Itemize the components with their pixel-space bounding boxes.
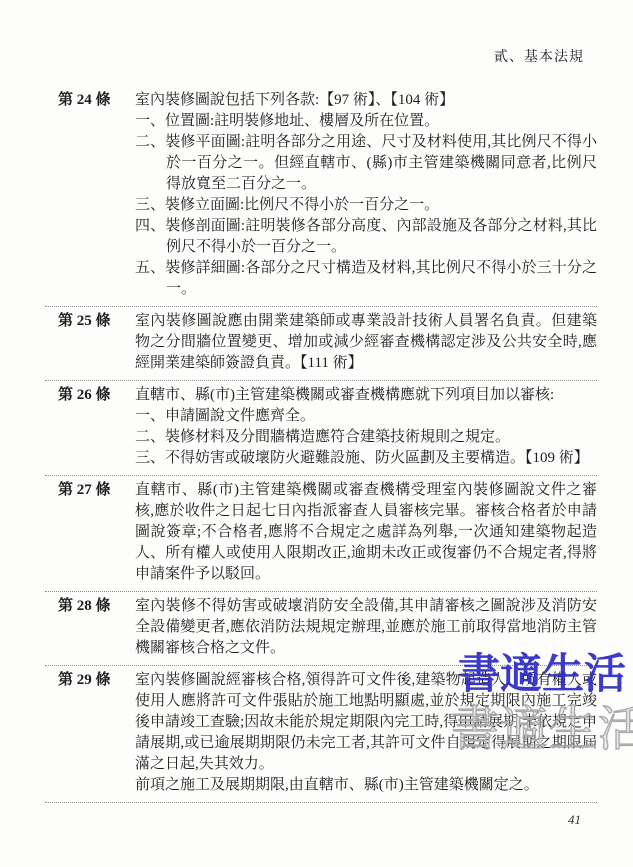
- document-page: 貳、基本法規 第 24 條室內裝修圖說包括下列各款:【97 術】、【104 術】…: [0, 0, 633, 867]
- article-number: 第 26 條: [45, 385, 135, 406]
- article-row: 第 29 條室內裝修圖說經審核合格,領得許可文件後,建築物起造人、所有權人或使用…: [45, 666, 597, 803]
- article-number: 第 29 條: [45, 670, 135, 691]
- article-paragraph: 室內裝修不得妨害或破壞消防安全設備,其申請審核之圖說涉及消防安全設備變更者,應依…: [135, 596, 597, 659]
- article-number: 第 28 條: [45, 596, 135, 617]
- article-list-item: 二、裝修平面圖:註明各部分之用途、尺寸及材料使用,其比例尺不得小於一百分之一。但…: [135, 132, 597, 195]
- article-row: 第 28 條室內裝修不得妨害或破壞消防安全設備,其申請審核之圖說涉及消防安全設備…: [45, 592, 597, 666]
- article-list-item: 五、裝修詳細圖:各部分之尺寸構造及材料,其比例尺不得小於三十分之一。: [135, 258, 597, 300]
- article-list-item: 三、不得妨害或破壞防火避難設施、防火區劃及主要構造。【109 術】: [135, 448, 597, 469]
- article-number: 第 27 條: [45, 480, 135, 501]
- article-paragraph: 室內裝修圖說包括下列各款:【97 術】、【104 術】: [135, 90, 597, 111]
- article-paragraph: 室內裝修圖說經審核合格,領得許可文件後,建築物起造人、所有權人或使用人應將許可文…: [135, 670, 597, 775]
- page-header: 貳、基本法規: [494, 46, 584, 66]
- article-body: 室內裝修圖說應由開業建築師或專業設計技術人員署名負責。但建築物之分間牆位置變更、…: [135, 311, 597, 374]
- page-footer: 41: [568, 812, 581, 828]
- article-paragraph: 直轄市、縣(市)主管建築機關或審查機構受理室內裝修圖說文件之審核,應於收件之日起…: [135, 480, 597, 585]
- article-body: 室內裝修不得妨害或破壞消防安全設備,其申請審核之圖說涉及消防安全設備變更者,應依…: [135, 596, 597, 659]
- article-paragraph: 室內裝修圖說應由開業建築師或專業設計技術人員署名負責。但建築物之分間牆位置變更、…: [135, 311, 597, 374]
- article-body: 室內裝修圖說經審核合格,領得許可文件後,建築物起造人、所有權人或使用人應將許可文…: [135, 670, 597, 796]
- article-body: 直轄市、縣(市)主管建築機關或審查機構應就下列項目加以審核:一、申請圖說文件應齊…: [135, 385, 597, 469]
- articles: 第 24 條室內裝修圖說包括下列各款:【97 術】、【104 術】一、位置圖:註…: [45, 86, 597, 803]
- article-body: 直轄市、縣(市)主管建築機關或審查機構受理室內裝修圖說文件之審核,應於收件之日起…: [135, 480, 597, 585]
- article-row: 第 25 條室內裝修圖說應由開業建築師或專業設計技術人員署名負責。但建築物之分間…: [45, 307, 597, 381]
- article-list-item: 三、裝修立面圖:比例尺不得小於一百分之一。: [135, 195, 597, 216]
- article-paragraph: 直轄市、縣(市)主管建築機關或審查機構應就下列項目加以審核:: [135, 385, 597, 406]
- article-number: 第 24 條: [45, 90, 135, 111]
- article-row: 第 24 條室內裝修圖說包括下列各款:【97 術】、【104 術】一、位置圖:註…: [45, 86, 597, 307]
- article-number: 第 25 條: [45, 311, 135, 332]
- article-list-item: 一、位置圖:註明裝修地址、樓層及所在位置。: [135, 111, 597, 132]
- article-row: 第 26 條直轄市、縣(市)主管建築機關或審查機構應就下列項目加以審核:一、申請…: [45, 381, 597, 476]
- article-list-item: 一、申請圖說文件應齊全。: [135, 406, 597, 427]
- article-body: 室內裝修圖說包括下列各款:【97 術】、【104 術】一、位置圖:註明裝修地址、…: [135, 90, 597, 300]
- page-number: 41: [568, 812, 581, 827]
- article-paragraph: 前項之施工及展期期限,由直轄市、縣(市)主管建築機關定之。: [135, 775, 597, 796]
- article-list-item: 四、裝修剖面圖:註明裝修各部分高度、內部設施及各部分之材料,其比例尺不得小於一百…: [135, 216, 597, 258]
- article-list-item: 二、裝修材料及分間牆構造應符合建築技術規則之規定。: [135, 427, 597, 448]
- article-row: 第 27 條直轄市、縣(市)主管建築機關或審查機構受理室內裝修圖說文件之審核,應…: [45, 476, 597, 592]
- section-title: 貳、基本法規: [494, 50, 584, 65]
